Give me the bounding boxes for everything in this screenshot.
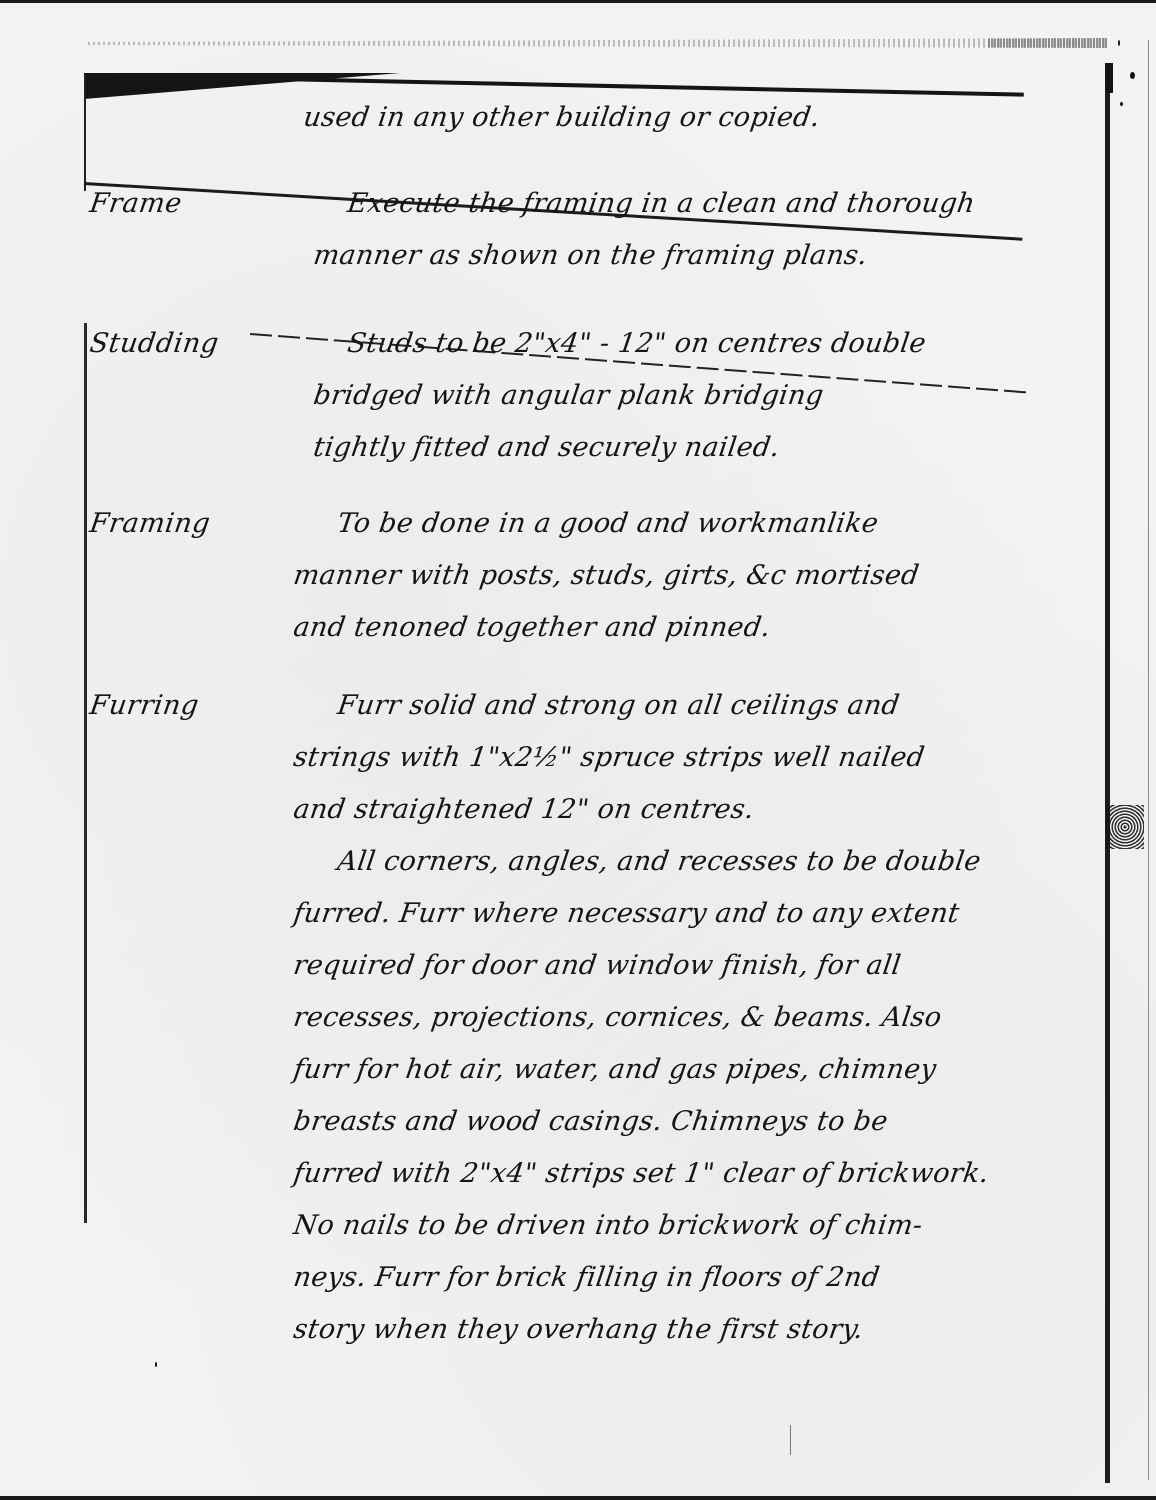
section-line: recesses, projections, cornices, & beams… xyxy=(290,992,1057,1044)
section-line: and straightened 12" on centres. xyxy=(290,784,1057,836)
speck xyxy=(790,1425,791,1455)
section-line: Furr solid and strong on all ceilings an… xyxy=(290,680,1057,732)
speck xyxy=(155,1362,157,1367)
section-line: No nails to be driven into brickwork of … xyxy=(290,1200,1057,1252)
section-line: neys. Furr for brick filling in floors o… xyxy=(290,1252,1057,1304)
section-line: furred with 2"x4" strips set 1" clear of… xyxy=(290,1148,1057,1200)
section-line: All corners, angles, and recesses to be … xyxy=(290,836,1057,888)
scan-edge-top xyxy=(0,0,1156,3)
box-left-rule-upper xyxy=(84,75,86,191)
section-line: tightly fitted and securely nailed. xyxy=(310,422,1077,474)
section-line: story when they overhang the first story… xyxy=(290,1304,1057,1356)
scan-noise-band xyxy=(88,38,1108,48)
scanned-page: used in any other building or copied. Fr… xyxy=(0,0,1156,1500)
section-line: required for door and window finish, for… xyxy=(290,940,1057,992)
section-line: breasts and wood casings. Chimneys to be xyxy=(290,1096,1057,1148)
section-heading: Framing xyxy=(88,508,213,539)
right-margin-rule xyxy=(1105,63,1110,1483)
section-line: Studs to be 2"x4" - 12" on centres doubl… xyxy=(310,318,1077,370)
section-line: furr for hot air, water, and gas pipes, … xyxy=(290,1044,1057,1096)
speck xyxy=(1130,72,1135,79)
section-line: manner as shown on the framing plans. xyxy=(310,230,1077,282)
speck xyxy=(1118,40,1120,46)
section-heading: Studding xyxy=(88,328,221,359)
right-edge-line xyxy=(1148,40,1149,1480)
section-line: To be done in a good and workmanlike xyxy=(290,498,1057,550)
section-heading: Frame xyxy=(88,188,184,219)
left-margin-rule xyxy=(84,323,87,1223)
section-line: Execute the framing in a clean and thoro… xyxy=(310,178,1077,230)
section-line: manner with posts, studs, girts, &c mort… xyxy=(290,550,1057,602)
speck xyxy=(1120,102,1123,106)
section-line: and tenoned together and pinned. xyxy=(290,602,1057,654)
section-heading: Furring xyxy=(88,690,201,721)
section-line: furred. Furr where necessary and to any … xyxy=(290,888,1057,940)
continuation-line: used in any other building or copied. xyxy=(300,92,1067,144)
section-line: strings with 1"x2½" spruce strips well n… xyxy=(290,732,1057,784)
scan-edge-bottom xyxy=(0,1496,1156,1500)
toner-smudge xyxy=(1106,805,1144,849)
section-line: bridged with angular plank bridging xyxy=(310,370,1077,422)
